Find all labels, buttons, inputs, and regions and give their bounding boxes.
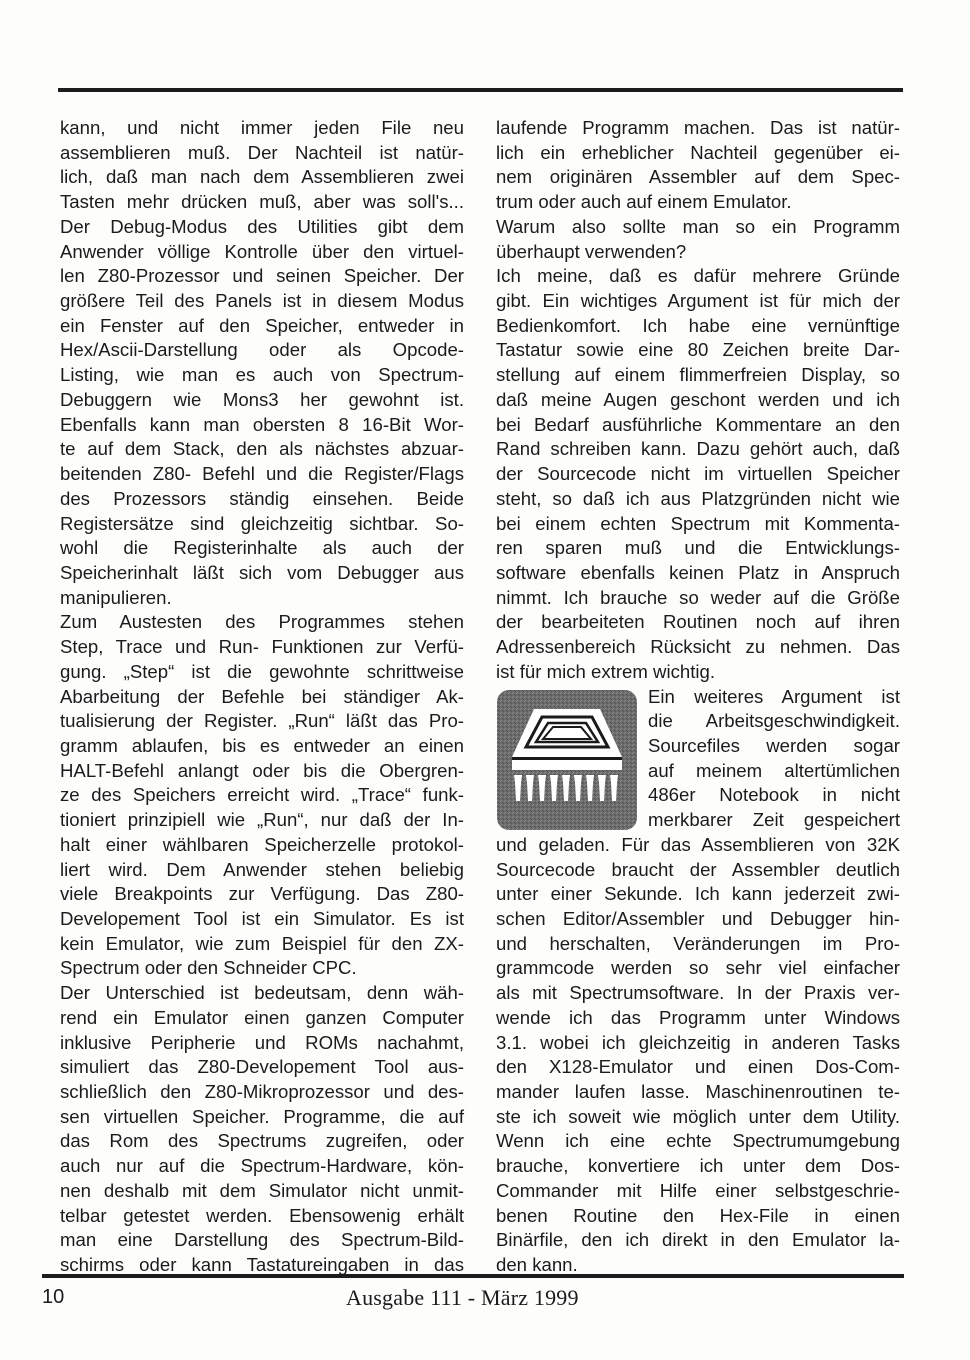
- text-line: als mit Spectrumsoftware. In der Praxis …: [496, 981, 900, 1006]
- text-line: Binärfile, den ich direkt in den Emulato…: [496, 1228, 900, 1253]
- text-line: die Arbeitsgeschwindigkeit.: [648, 709, 900, 734]
- text-line: steht, so daß ich aus Platzgründen nicht…: [496, 487, 900, 512]
- text-line: der bearbeiteten Routinen noch auf ihren: [496, 610, 900, 635]
- text-line: Anwender völlige Kontrolle über den virt…: [60, 240, 464, 265]
- text-line: nen deshalb mit dem Simulator nicht unmi…: [60, 1179, 464, 1204]
- text-line: liert wird. Dem Anwender stehen beliebig: [60, 858, 464, 883]
- text-line: assemblieren muß. Der Nachteil ist natür…: [60, 141, 464, 166]
- text-line: mander laufen lasse. Maschinenroutinen t…: [496, 1080, 900, 1105]
- text-line: sen virtuellen Speicher. Programme, die …: [60, 1105, 464, 1130]
- text-line: Debuggern wie Mons3 her gewohnt ist.: [60, 388, 464, 413]
- text-line: überhaupt verwenden?: [496, 240, 900, 265]
- text-line: Abarbeitung der Befehle bei ständiger Ak…: [60, 685, 464, 710]
- text-line: rend ein Emulator einen ganzen Computer: [60, 1006, 464, 1031]
- text-line: und herschalten, Veränderungen im Pro-: [496, 932, 900, 957]
- text-line: len Z80-Prozessor und seinen Speicher. D…: [60, 264, 464, 289]
- text-line: HALT-Befehl anlangt oder bis die Obergre…: [60, 759, 464, 784]
- text-line: schließlich den Z80-Mikroprozessor und d…: [60, 1080, 464, 1105]
- text-line: manipulieren.: [60, 586, 464, 611]
- text-line: ein Fenster auf den Speicher, entweder i…: [60, 314, 464, 339]
- text-line: den X128-Emulator und einen Dos-Com-: [496, 1055, 900, 1080]
- text-line: viele Breakpoints zur Verfügung. Das Z80…: [60, 882, 464, 907]
- text-line: Step, Trace und Run- Funktionen zur Verf…: [60, 635, 464, 660]
- text-line: inklusive Peripherie und ROMs nachahmt,: [60, 1031, 464, 1056]
- text-line: bei Bedarf ausführliche Kommentare an de…: [496, 413, 900, 438]
- text-line: auf meinem altertümlichen: [648, 759, 900, 784]
- text-line: gramm ablaufen, bis es entweder an einen: [60, 734, 464, 759]
- text-line: gibt. Ein wichtiges Argument ist für mic…: [496, 289, 900, 314]
- text-line: Warum also sollte man so ein Programm: [496, 215, 900, 240]
- text-line: tioniert prinzipiell wie „Run“, nur daß …: [60, 808, 464, 833]
- text-line: Der Debug-Modus des Utilities gibt dem: [60, 215, 464, 240]
- text-line: brauche, konvertiere ich unter dem Dos-: [496, 1154, 900, 1179]
- text-line: daß meine Augen geschont werden und ich: [496, 388, 900, 413]
- text-line: Registersätze sind gleichzeitig sichtbar…: [60, 512, 464, 537]
- text-line: wohl die Registerinhalte als auch der: [60, 536, 464, 561]
- text-line: Ein weiteres Argument ist: [648, 685, 900, 710]
- text-line: Spectrum oder den Schneider CPC.: [60, 956, 464, 981]
- text-line: Tastatur sowie eine 80 Zeichen breite Da…: [496, 338, 900, 363]
- text-line: und geladen. Für das Assemblieren von 32…: [496, 833, 900, 858]
- text-line: ist für mich extrem wichtig.: [496, 660, 900, 685]
- text-line: grammcode werden so sehr viel einfacher: [496, 956, 900, 981]
- text-line: Rand schreiben kann. Dazu gehört auch, d…: [496, 437, 900, 462]
- text-line: Speicherinhalt läßt sich vom Debugger au…: [60, 561, 464, 586]
- text-line: das Rom des Spectrums zugreifen, oder: [60, 1129, 464, 1154]
- text-line: wende ich das Programm unter Windows: [496, 1006, 900, 1031]
- text-line: Bedienkomfort. Ich habe eine vernünftige: [496, 314, 900, 339]
- text-line: kann, und nicht immer jeden File neu: [60, 116, 464, 141]
- text-line: benen Routine den Hex-File in einen: [496, 1204, 900, 1229]
- text-line: schen Editor/Assembler und Debugger hin-: [496, 907, 900, 932]
- text-line: gung. „Step“ ist die gewohnte schrittwei…: [60, 660, 464, 685]
- text-line: lich ein erheblicher Nachteil gegenüber …: [496, 141, 900, 166]
- text-line: te auf dem Stack, den als nächstes abzua…: [60, 437, 464, 462]
- left-text-column: kann, und nicht immer jeden File neu ass…: [60, 116, 464, 1278]
- text-line: Developement Tool ist ein Simulator. Es …: [60, 907, 464, 932]
- text-line: lich, daß man nach dem Assemblieren zwei: [60, 165, 464, 190]
- text-line: nem originären Assembler auf dem Spec-: [496, 165, 900, 190]
- text-line: simuliert das Z80-Developement Tool aus-: [60, 1055, 464, 1080]
- text-line: Ebenfalls kann man obersten 8 16-Bit Wor…: [60, 413, 464, 438]
- text-line: trum oder auch auf einem Emulator.: [496, 190, 900, 215]
- text-line: beitenden Z80- Befehl und die Register/F…: [60, 462, 464, 487]
- text-line: Listing, wie man es auch von Spectrum-: [60, 363, 464, 388]
- text-line: 3.1. wobei ich gleichzeitig in anderen T…: [496, 1031, 900, 1056]
- text-line: kein Emulator, wie zum Beispiel für den …: [60, 932, 464, 957]
- right-text-column: laufende Programm machen. Das ist natür-…: [496, 116, 900, 1278]
- text-line: tualisierung der Register. „Run“ läßt da…: [60, 709, 464, 734]
- text-line: Sourcefiles werden sogar: [648, 734, 900, 759]
- text-line: halt einer wählbaren Speicherzelle proto…: [60, 833, 464, 858]
- text-line: man eine Darstellung des Spectrum-Bild-: [60, 1228, 464, 1253]
- text-line: der Sourcecode nicht im virtuellen Speic…: [496, 462, 900, 487]
- text-line: Zum Austesten des Programmes stehen: [60, 610, 464, 635]
- text-line: Adressenbereich Rücksicht zu nehmen. Das: [496, 635, 900, 660]
- text-line: ste ich soweit wie möglich unter dem Uti…: [496, 1105, 900, 1130]
- text-line: Hex/Ascii-Darstellung oder als Opcode-: [60, 338, 464, 363]
- text-line: ze des Speichers erreicht wird. „Trace“ …: [60, 783, 464, 808]
- text-line: laufende Programm machen. Das ist natür-: [496, 116, 900, 141]
- text-line: software ebenfalls keinen Platz in Anspr…: [496, 561, 900, 586]
- text-line: telbar getestet werden. Ebensowenig erhä…: [60, 1204, 464, 1229]
- top-rule-divider: [58, 88, 903, 92]
- text-line: nimmt. Ich brauche so weder auf die Größ…: [496, 586, 900, 611]
- text-line: Sourcecode braucht der Assembler deutlic…: [496, 858, 900, 883]
- text-line: stellung auf einem flimmerfreien Display…: [496, 363, 900, 388]
- figure-side-text: Ein weiteres Argument ist die Arbeitsges…: [648, 685, 900, 833]
- text-line: Ich meine, daß es dafür mehrere Gründe: [496, 264, 900, 289]
- microchip-icon: [496, 689, 638, 831]
- text-line: unter einer Sekunde. Ich kann jederzeit …: [496, 882, 900, 907]
- magazine-page: kann, und nicht immer jeden File neu ass…: [0, 0, 970, 1360]
- text-line: ren sparen muß und die Entwicklungs-: [496, 536, 900, 561]
- text-line: auch nur auf die Spectrum-Hardware, kön-: [60, 1154, 464, 1179]
- figure-with-wrapped-text: Ein weiteres Argument ist die Arbeitsges…: [496, 685, 900, 833]
- text-line: 486er Notebook in nicht: [648, 783, 900, 808]
- text-line: Tasten mehr drücken muß, aber was soll's…: [60, 190, 464, 215]
- text-line: bei einem echten Spectrum mit Kommenta-: [496, 512, 900, 537]
- text-line: merkbarer Zeit gespeichert: [648, 808, 900, 833]
- text-line: größere Teil des Panels ist in diesem Mo…: [60, 289, 464, 314]
- text-line: Commander mit Hilfe einer selbstgeschrie…: [496, 1179, 900, 1204]
- issue-footer: Ausgabe 111 - März 1999: [346, 1285, 579, 1311]
- text-line: Der Unterschied ist bedeutsam, denn wäh-: [60, 981, 464, 1006]
- text-line: des Prozessors ständig einsehen. Beide: [60, 487, 464, 512]
- text-line: Wenn ich eine echte Spectrumumgebung: [496, 1129, 900, 1154]
- bottom-rule-divider: [42, 1274, 904, 1278]
- page-number: 10: [42, 1286, 64, 1309]
